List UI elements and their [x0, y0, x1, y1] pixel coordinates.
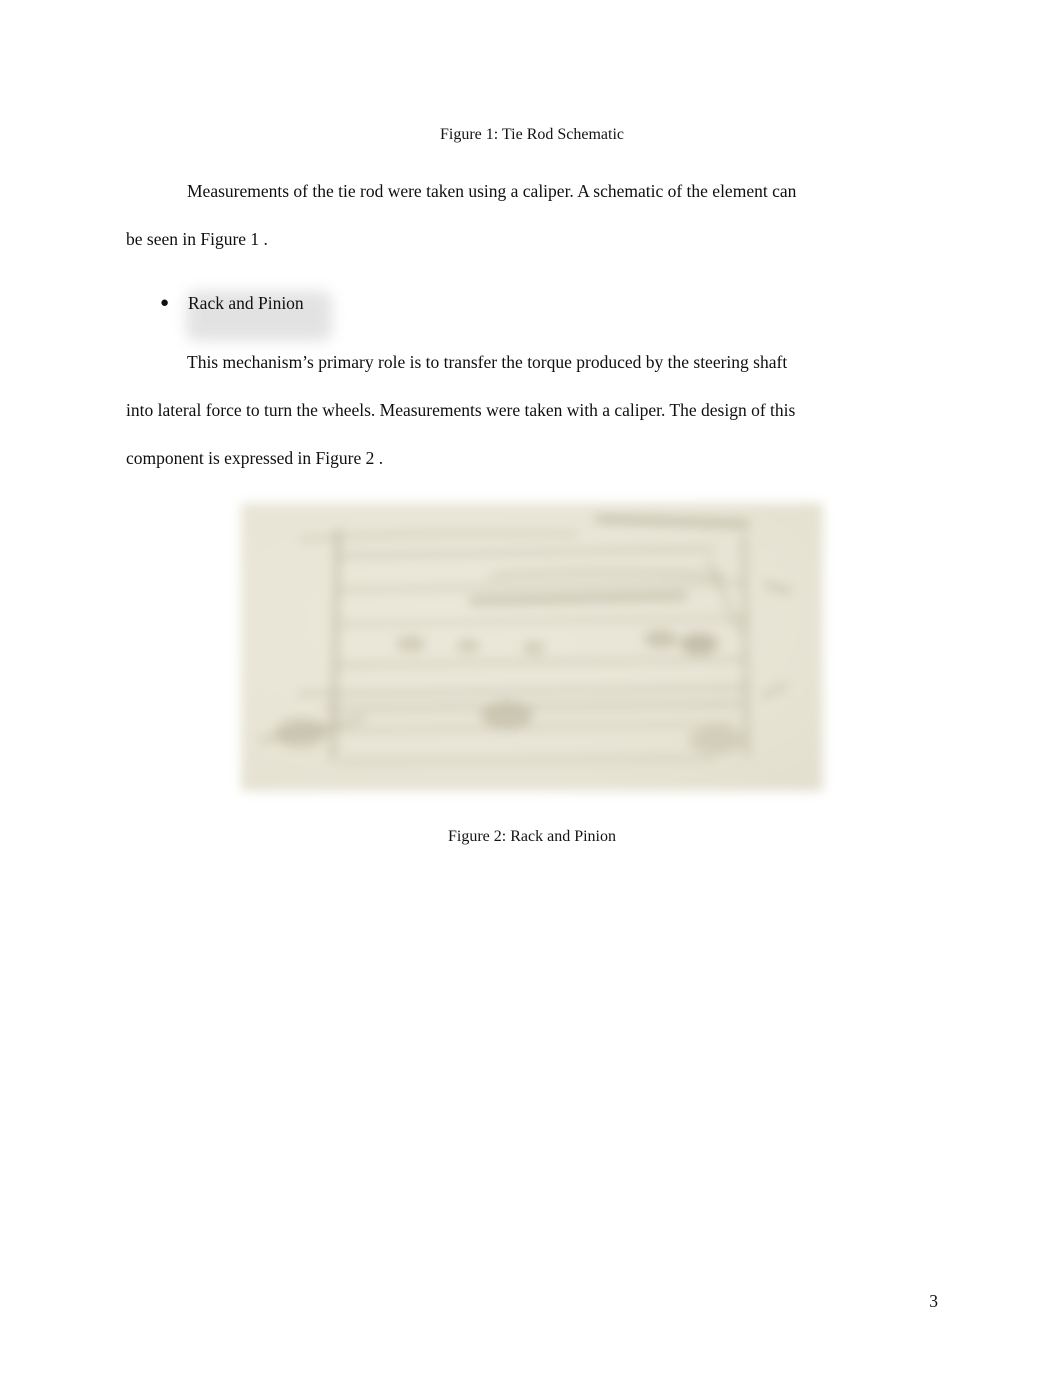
page-number: 3 [126, 1290, 938, 1312]
paragraph-2-line-1: This mechanism’s primary role is to tran… [126, 338, 938, 386]
bullet-item-rack-and-pinion: ● Rack and Pinion [126, 279, 938, 327]
figure1-caption: Figure 1: Tie Rod Schematic [126, 124, 938, 146]
paragraph-2: This mechanism’s primary role is to tran… [126, 338, 938, 482]
bullet-point-icon: ● [160, 279, 169, 327]
figure2-caption: Figure 2: Rack and Pinion [126, 826, 938, 848]
paragraph-1-line-2: be seen in Figure 1 . [126, 215, 938, 263]
paragraph-1: Measurements of the tie rod were taken u… [126, 167, 938, 263]
schematic-drawing [241, 503, 823, 791]
figure2-image [241, 503, 823, 791]
document-page: Figure 1: Tie Rod Schematic Measurements… [0, 0, 1062, 1377]
paragraph-2-line-2: into lateral force to turn the wheels. M… [126, 386, 938, 434]
paragraph-1-line-1: Measurements of the tie rod were taken u… [126, 167, 938, 215]
bullet-item-label: Rack and Pinion [188, 279, 304, 327]
paragraph-2-line-3: component is expressed in Figure 2 . [126, 434, 938, 482]
